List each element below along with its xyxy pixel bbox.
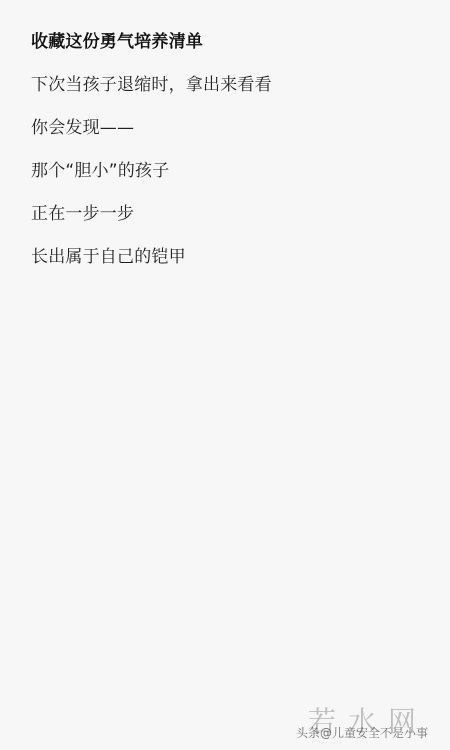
- article-body: 收藏这份勇气培养清单 下次当孩子退缩时，拿出来看看 你会发现—— 那个“胆小”的…: [31, 31, 430, 289]
- article-line: 你会发现——: [31, 117, 430, 139]
- article-line: 那个“胆小”的孩子: [31, 160, 430, 182]
- article-heading: 收藏这份勇气培养清单: [31, 31, 430, 53]
- watermark-source: 头条@儿童安全不是小事: [296, 724, 428, 741]
- watermark: 若水网 头条@儿童安全不是小事 ·· ··· ···: [296, 702, 436, 746]
- watermark-subtext: ·· ··· ···: [308, 740, 344, 746]
- article-line: 下次当孩子退缩时，拿出来看看: [31, 74, 430, 96]
- article-line: 正在一步一步: [31, 203, 430, 225]
- article-line: 长出属于自己的铠甲: [31, 246, 430, 268]
